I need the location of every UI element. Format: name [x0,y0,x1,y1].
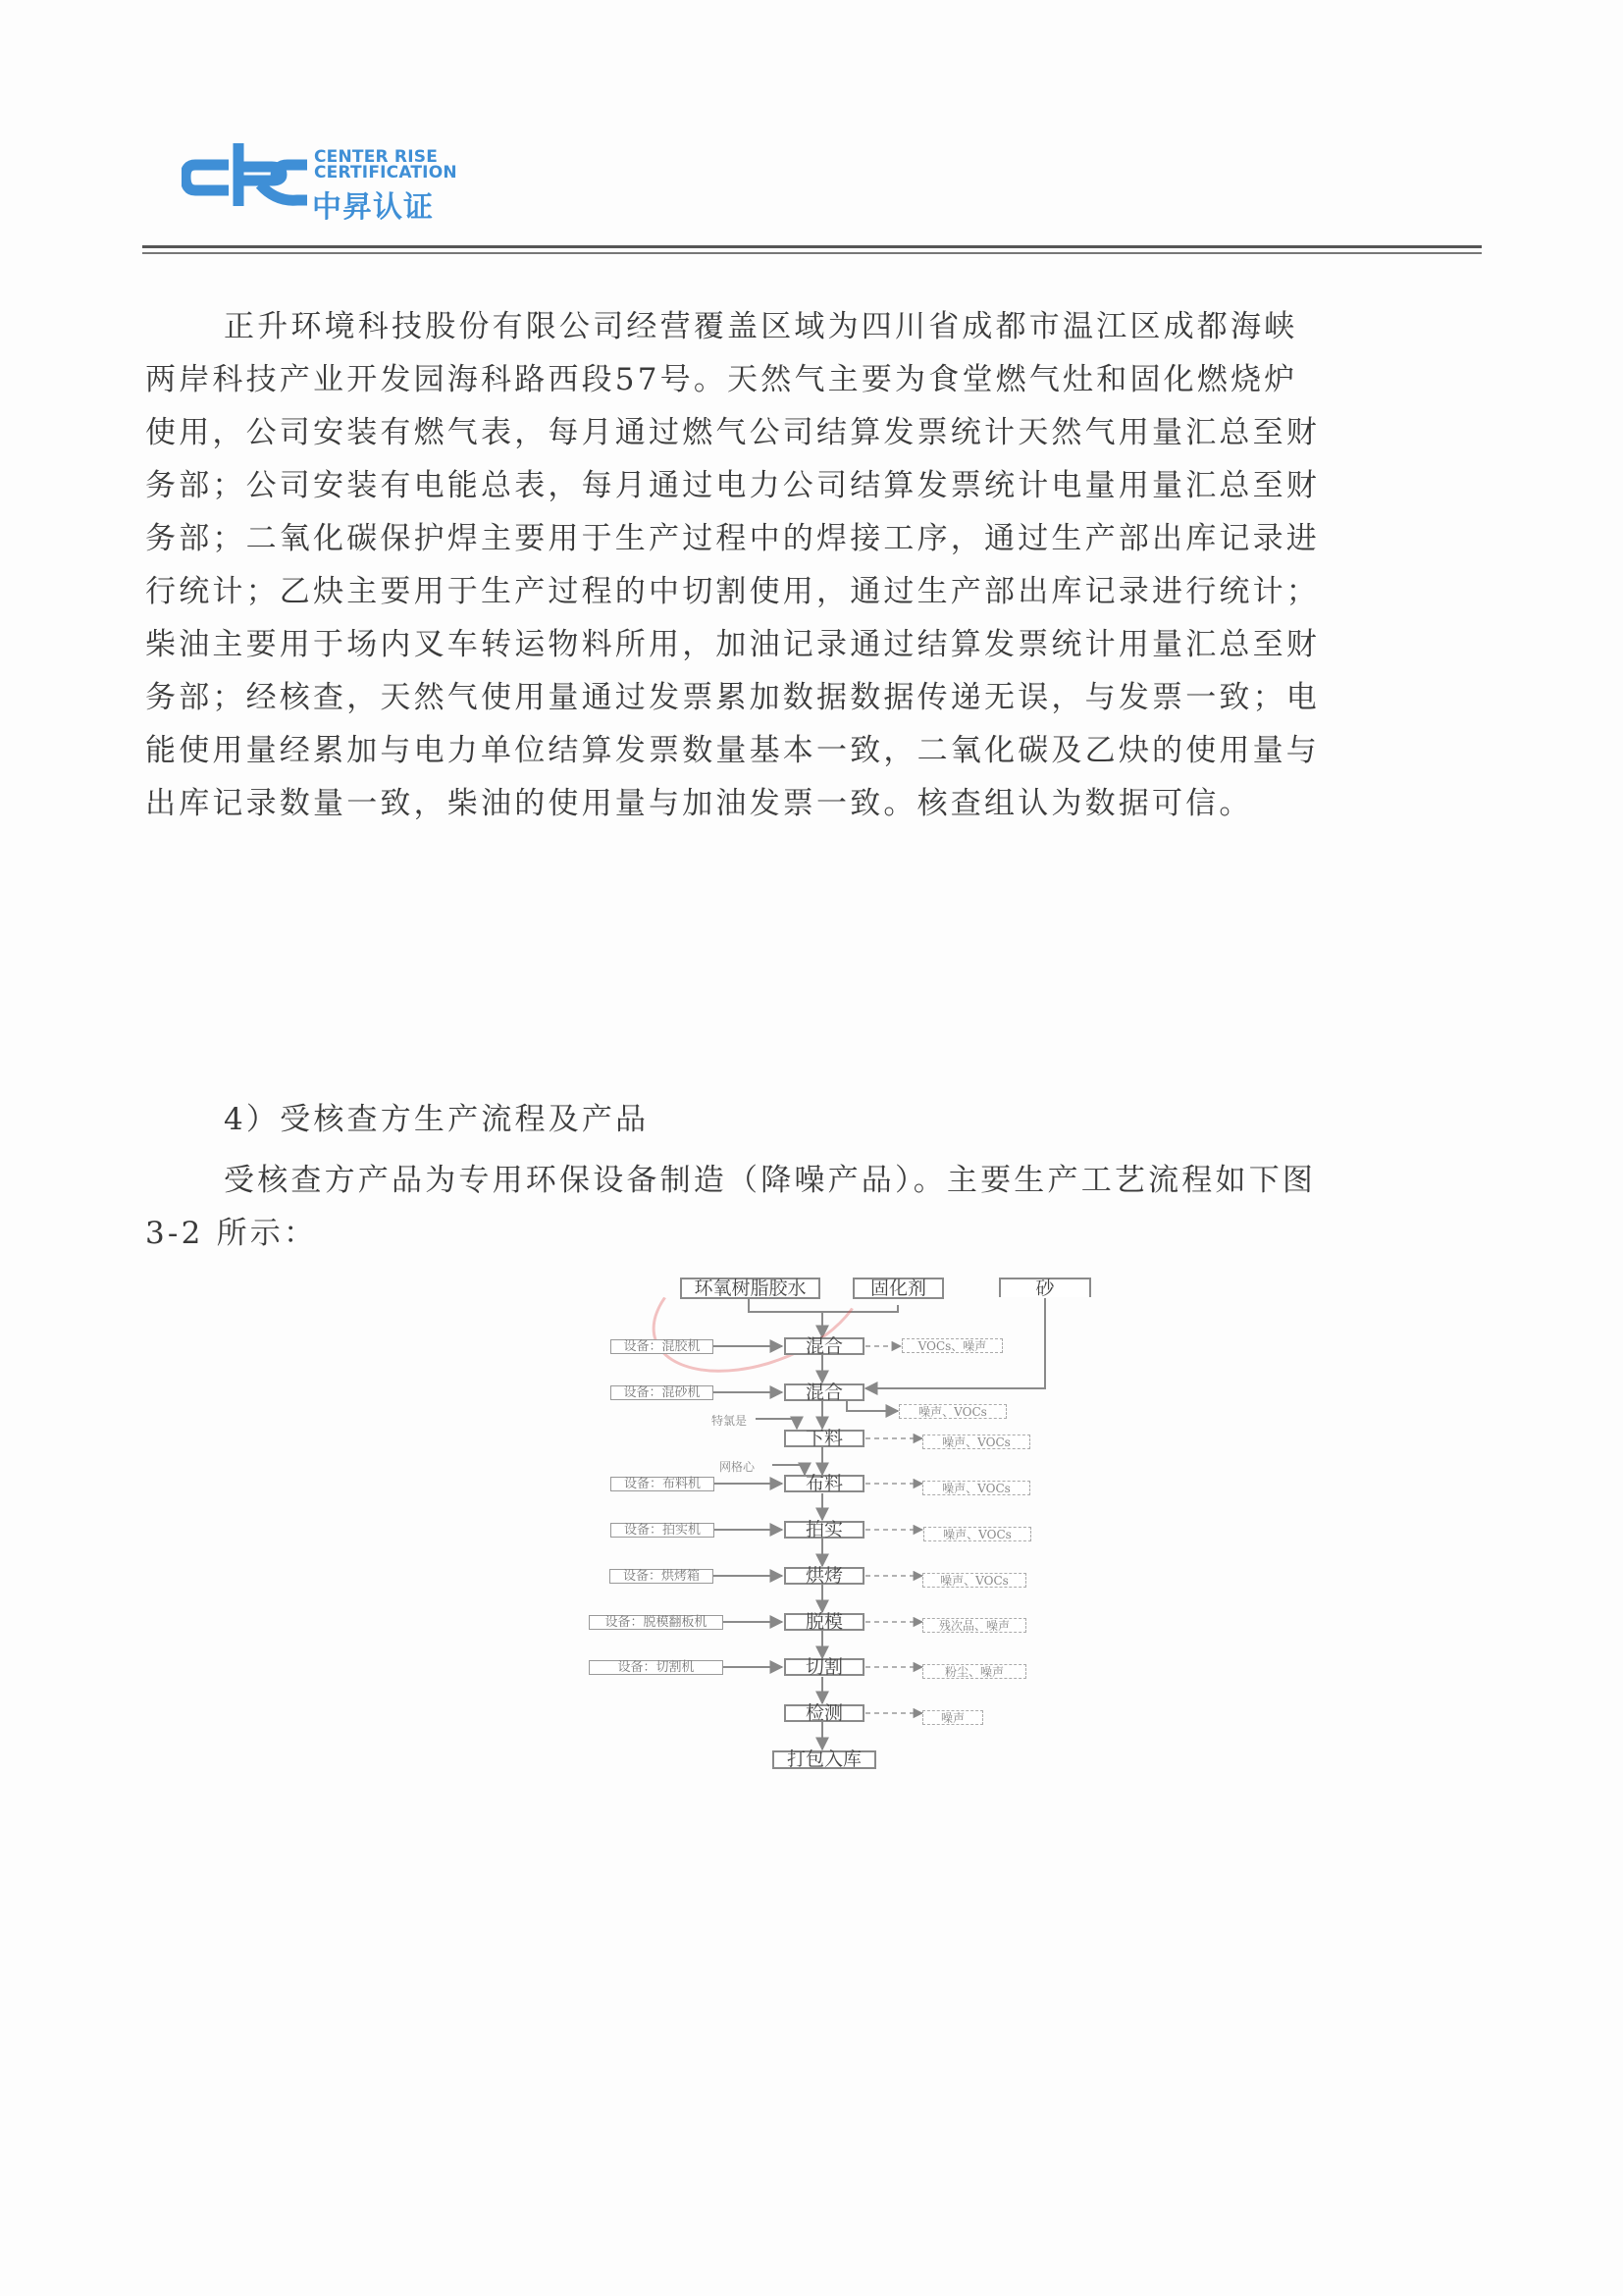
side-input-label: 网格心 [719,1458,755,1475]
step-distribution: 布料 [784,1475,864,1492]
emission-box: 噪声、VOCs [899,1404,1007,1419]
step-feeding: 下料 [784,1430,864,1447]
step-demolding: 脱模 [784,1613,864,1631]
step-compaction: 拍实 [784,1521,864,1539]
step-cutting: 切割 [784,1658,864,1676]
equipment-spreader: 设备：布料机 [610,1477,714,1491]
input-hardener: 固化剂 [853,1278,944,1299]
equipment-oven: 设备：烘烤箱 [609,1569,713,1584]
emission-box: 噪声、VOCs [923,1527,1031,1541]
input-sand: 砂 [999,1278,1091,1297]
emission-box: 噪声、VOCs [922,1481,1030,1495]
equipment-glue-mixer: 设备：混胶机 [610,1339,713,1354]
step-mix-1: 混合 [784,1337,864,1355]
step-packing-storage: 打包入库 [772,1750,876,1769]
emission-box: 残次品、噪声 [922,1618,1026,1633]
input-epoxy: 环氧树脂胶水 [680,1278,820,1299]
side-input-label: 特氯是 [711,1412,747,1429]
equipment-demolding-machine: 设备：脱模翻板机 [589,1615,723,1630]
step-mix-2: 混合 [784,1383,864,1401]
step-baking: 烘烤 [784,1567,864,1585]
emission-box: 粉尘、噪声 [922,1664,1026,1679]
process-flow-diagram: 环氧树脂胶水 固化剂 砂 特氯是 网格心 混合 混合 下料 布料 拍实 烘烤 脱… [0,0,1623,2296]
equipment-sand-mixer: 设备：混砂机 [610,1385,713,1400]
equipment-compactor: 设备：拍实机 [610,1523,714,1538]
equipment-cutter: 设备：切割机 [589,1660,723,1675]
step-inspection: 检测 [784,1704,864,1722]
flow-connectors [0,0,1623,2296]
emission-box: 噪声 [922,1710,983,1725]
emission-box: 噪声、VOCs [922,1435,1030,1449]
emission-box: VOCs、噪声 [902,1338,1003,1353]
emission-box: 噪声、VOCs [922,1573,1026,1588]
